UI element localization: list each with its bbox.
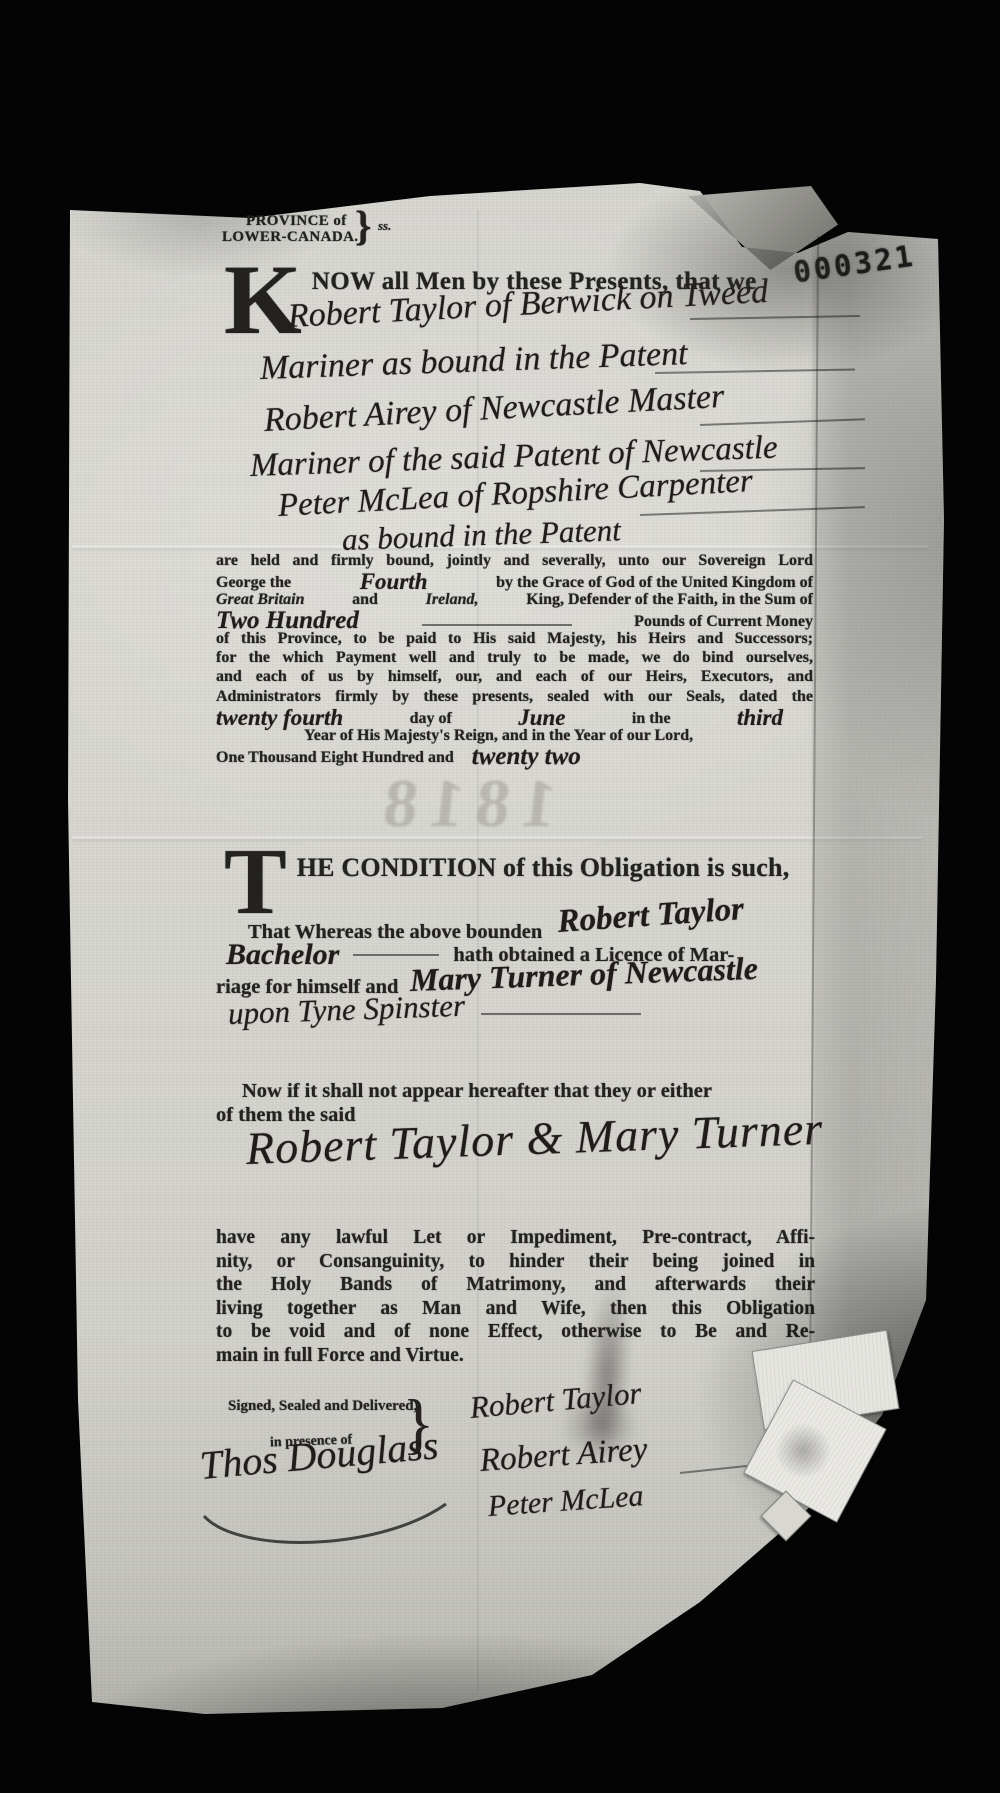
bleed-through-1818: 1818 <box>368 764 560 843</box>
obligation-line: have any lawful Let or Impediment, Pre-c… <box>216 1226 815 1250</box>
bond-line: for the which Payment well and truly to … <box>216 648 813 667</box>
obligation-line: main in full Force and Virtue. <box>216 1344 815 1368</box>
licence-line-4: upon Tyne Spinster <box>228 996 641 1032</box>
handwritten-spinster: upon Tyne Spinster <box>227 988 465 1032</box>
obligation-line: the Holy Bands of Matrimony, and afterwa… <box>216 1273 815 1297</box>
bond-line: are held and firmly bound, jointly and s… <box>216 551 813 570</box>
flourish-dash <box>353 954 439 956</box>
bond-line: Two Hundred Pounds of Current Money <box>216 609 813 628</box>
handwritten-regnal-year: third <box>737 708 783 727</box>
attestation-line-1: Signed, Sealed and Delivered, <box>228 1398 417 1415</box>
header-ss: ss. <box>378 218 391 234</box>
condition-heading-text: HE CONDITION of this Obligation is such, <box>224 842 864 884</box>
obligation-paragraph: have any lawful Let or Impediment, Pre-c… <box>216 1226 815 1367</box>
obligation-line: living together as Man and Wife, then th… <box>216 1297 815 1321</box>
province-line2: LOWER-CANADA. <box>222 229 358 245</box>
bond-line: One Thousand Eight Hundred and twenty tw… <box>216 745 813 764</box>
scanned-document: PROVINCE of LOWER-CANADA. } ss. 000321 K… <box>0 0 1000 1793</box>
handwritten-two-hundred: Two Hundred <box>216 611 359 630</box>
obligation-line: to be void and of none Effect, otherwise… <box>216 1320 815 1344</box>
handwritten-fourth: Fourth <box>360 572 428 591</box>
handwritten-day: twenty fourth <box>216 708 343 727</box>
province-line1: PROVINCE of <box>222 213 358 229</box>
bond-text: King, Defender of the Faith, in the Sum … <box>526 590 813 609</box>
signature-flourish <box>198 1496 468 1556</box>
flourish-dash <box>422 624 572 626</box>
bond-paragraph: are held and firmly bound, jointly and s… <box>216 551 813 764</box>
flourish-dash <box>481 1013 641 1015</box>
condition-heading: T HE CONDITION of this Obligation is suc… <box>224 842 864 920</box>
header-brace: } <box>355 203 372 251</box>
bond-line: Administrators firmly by these presents,… <box>216 687 813 706</box>
bond-line: twenty fourth day of June in the third <box>216 706 813 725</box>
handwritten-month: June <box>518 708 565 727</box>
ink-smudge <box>560 1390 640 1460</box>
dropcap-t: T <box>224 844 287 920</box>
obligation-line: nity, or Consanguinity, to hinder their … <box>216 1250 815 1274</box>
bond-line: and each of us by himself, our, and each… <box>216 667 813 686</box>
proviso-line-1: Now if it shall not appear hereafter tha… <box>216 1079 826 1103</box>
bond-text-italic: Ireland, <box>426 590 479 609</box>
bond-line: George the Fourth by the Grace of God of… <box>216 570 813 589</box>
province-header: PROVINCE of LOWER-CANADA. <box>222 213 358 245</box>
